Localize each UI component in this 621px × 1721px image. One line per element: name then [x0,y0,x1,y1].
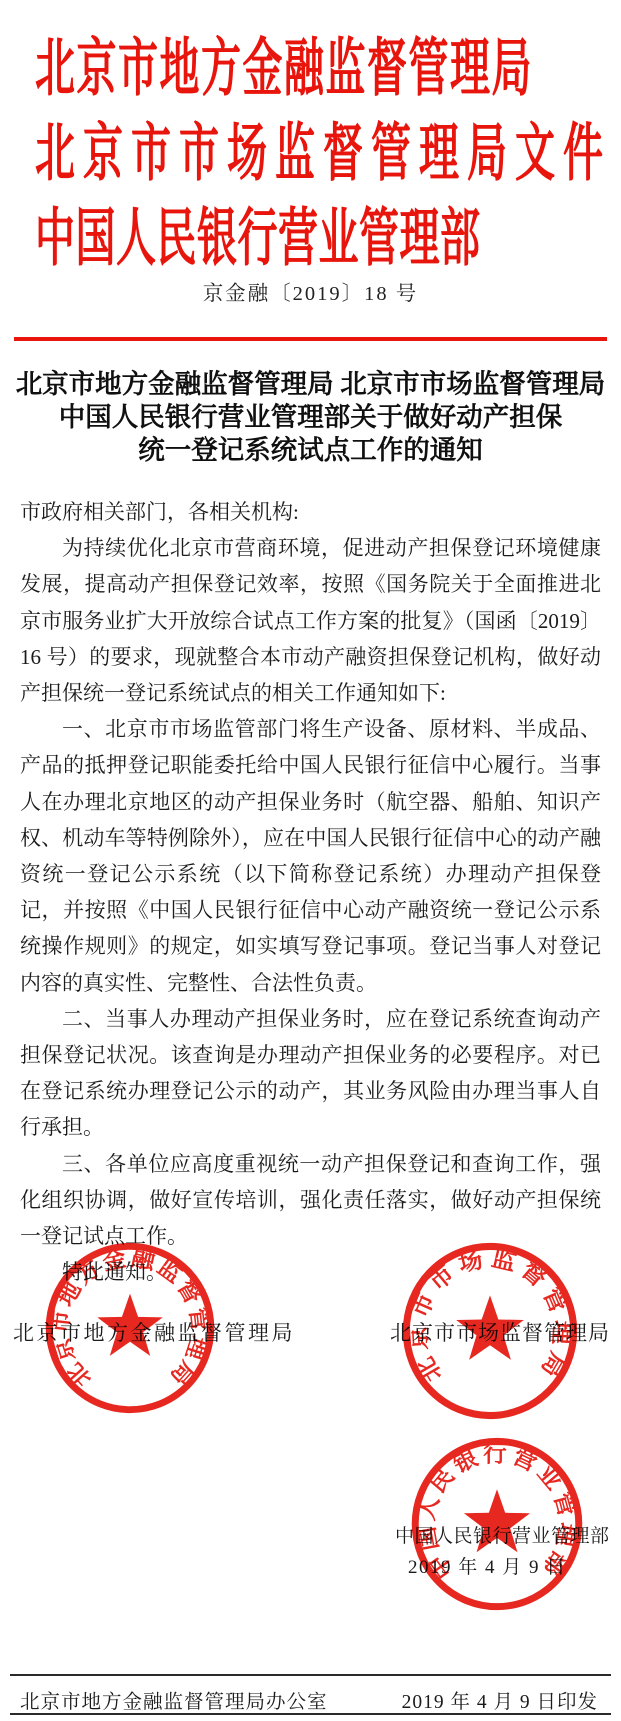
footer-rule-bottom [10,1713,611,1715]
title-line-3: 统一登记系统试点工作的通知 [0,434,621,467]
seal-star-icon [464,1489,530,1552]
footer-print-date: 2019 年 4 月 9 日印发 [402,1686,598,1714]
red-divider-rule [14,337,607,341]
document-body: 市政府相关部门，各相关机构: 为持续优化北京市营商环境，促进动产担保登记环境健康… [20,494,601,1290]
official-seal-market-bureau-icon: 北京市市场监督管理局 [401,1241,579,1421]
title-line-2: 中国人民银行营业管理部关于做好动产担保 [0,401,621,434]
letterhead-org-3: 中国人民银行营业管理部 [35,206,481,272]
document-number: 京金融〔2019〕18 号 [0,282,621,306]
letterhead-org-1: 北京市地方金融监督管理局 [35,36,533,102]
letterhead-org-2: 北京市市场监督管理局文件 [35,121,611,187]
seal-star-icon [97,1294,162,1356]
seal-star-icon [456,1295,524,1359]
salutation: 市政府相关部门，各相关机构: [20,494,601,530]
paragraph-item-1: 一、北京市市场监管部门将生产设备、原材料、半成品、产品的抵押登记职能委托给中国人… [20,711,601,1001]
title-line-1: 北京市地方金融监督管理局 北京市市场监督管理局 [0,368,621,401]
paragraph-item-3: 三、各单位应高度重视统一动产担保登记和查询工作，强化组织协调，做好宣传培训，强化… [20,1146,601,1255]
paragraph-item-2: 二、当事人办理动产担保业务时，应在登记系统查询动产担保登记状况。该查询是办理动产… [20,1001,601,1146]
footer-rule-top [10,1674,611,1676]
official-seal-pboc-icon: 中国人民银行营业管理部 [410,1433,584,1615]
document-page: 北京市地方金融监督管理局 北京市市场监督管理局文件 中国人民银行营业管理部 京金… [0,0,621,1721]
document-title: 北京市地方金融监督管理局 北京市市场监督管理局 中国人民银行营业管理部关于做好动… [0,368,621,467]
official-seal-finance-bureau-icon: 北京市地方金融监督管理局 [42,1242,218,1414]
footer-issuing-office: 北京市地方金融监督管理局办公室 [20,1686,328,1714]
paragraph-intro: 为持续优化北京市营商环境，促进动产担保登记环境健康发展，提高动产担保登记效率，按… [20,530,601,711]
